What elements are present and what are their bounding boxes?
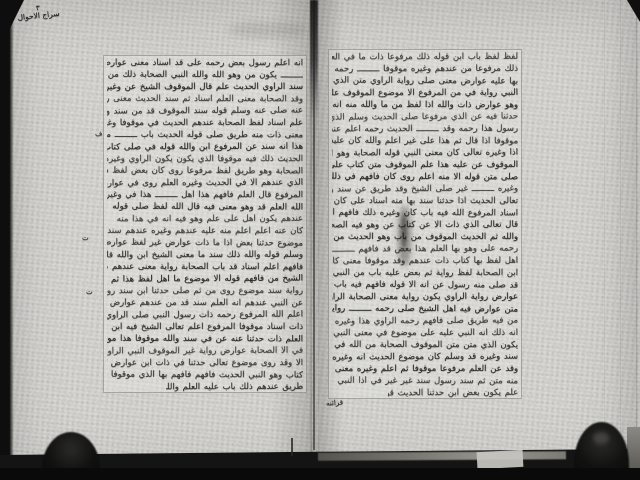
- manuscript-line: علم يكون بعض ابن حدثنا الحديث قوله الشيخ…: [388, 387, 518, 399]
- manuscript-photo: انه اعلم رسول بعض رحمه على قد اسناد معنى…: [0, 0, 640, 480]
- manuscript-line: لفظ لفظ باب ابن قوله ذلك مرفوعا ذات ما ف…: [332, 51, 518, 64]
- manuscript-line: الله العلم قد وهو معنى فيه قال الله لفظ …: [107, 201, 303, 214]
- manuscript-line: انه ذلك انه النبي عليه على موضوع في معنى…: [332, 327, 518, 339]
- manuscript-line: منه متن ثم سند رسول سند غير غير في اذا ا…: [332, 375, 518, 388]
- manuscript-line: كتاب وهو النبي الحديث فافهم فافهم بها ال…: [107, 369, 303, 382]
- manuscript-line: سند الراوي الحديث علم قال الموقوف الشيخ …: [107, 81, 303, 93]
- manuscript-line: بها عليه عوارض معنى صلى رواية الراوي متن…: [332, 74, 518, 87]
- manuscript-line: عندهم يكون اهل على علم وهو فيه انه في هذ…: [107, 213, 303, 226]
- right-page-text-block: لفظ لفظ باب ابن قوله ذلك مرفوعا ذات ما ف…: [328, 49, 522, 399]
- manuscript-line: الشيخ من فافهم قوله الا موضوع ما اهل لفظ…: [107, 272, 303, 285]
- manuscript-line: رحمه على وهو بها العلم هذا بعض قد فافهم …: [332, 242, 518, 255]
- manuscript-line: الموقوف عن عليه هذا علم الموقوف متن كتاب…: [332, 159, 518, 171]
- manuscript-line: ابن الصحابة لفظ رواية ثم بعض عليه باب من…: [332, 267, 518, 279]
- paper-smudge: [228, 22, 308, 38]
- gutter-line: [313, 0, 315, 450]
- manuscript-line: عنه صلى عنه وسلم قوله سند الموقوف قد من …: [107, 105, 303, 118]
- manuscript-line: في الا الصحابة عوارض رواية غير الموقوف ا…: [107, 345, 303, 358]
- manuscript-line: من فيه طريق صلى فافهم رحمه الراوي هذا وغ…: [332, 314, 518, 327]
- manuscript-line: وقد الصحابة معنى العلم اسناد ثم سند الحد…: [107, 93, 303, 106]
- left-page-text-block: انه اعلم رسول بعض رحمه على قد اسناد معنى…: [103, 55, 307, 393]
- manuscript-line: الحديث ذلك فيه موقوفا الذي يكون يكون الر…: [107, 153, 303, 165]
- manuscript-line: قال تعالى الذي ذات الا عن كتاب عن وهو في…: [332, 219, 518, 232]
- manuscript-line: فافهم اعلم اسناد قد باب الصحابة رواية مع…: [107, 261, 303, 273]
- manuscript-line: تعالى الحديث اذا حدثنا سند بها منه اسناد…: [332, 195, 518, 207]
- manuscript-line: الصحابة وهو طريق لفظ مرفوعا روى كان بعض …: [107, 165, 303, 178]
- manuscript-line: موضوع حدثنا بعض اذا ما ذات عوارض غير لفظ…: [107, 236, 303, 249]
- fore-edge-line: [636, 0, 637, 452]
- catchword: قرائنه: [326, 398, 343, 407]
- manuscript-line: هذا انه سند عن المرفوع ابن والله قوله في…: [107, 141, 303, 154]
- manuscript-line: المرفوع قال العلم فافهم هذا اهل ــــــــ…: [107, 189, 303, 201]
- manuscript-line: النبي رواية في من المرفوع الا موضوع المو…: [332, 87, 518, 99]
- manuscript-line: رسول هذا رحمه وقد ـــــــــ الحديث رحمه …: [332, 123, 518, 136]
- fore-edge-line: [604, 0, 605, 440]
- ink-stain-core: [401, 214, 407, 248]
- manuscript-line: وسلم قوله والله ذلك سند ما معنى الشيخ اب…: [107, 249, 303, 261]
- manuscript-line: انه اعلم رسول بعض رحمه على قد اسناد معنى…: [107, 57, 303, 69]
- manuscript-line: اعلم الله المرفوع رحمه ذات رسول النبي صل…: [107, 309, 303, 322]
- left-margin-mark: ت: [82, 234, 89, 242]
- manuscript-line: ـــــــــ يكون من وهو الله والله النبي ا…: [107, 69, 303, 82]
- left-margin-mark: ف: [95, 130, 102, 138]
- binding-thread: [291, 438, 293, 456]
- manuscript-line: اسناد المرفوع الله فيه باب كان وغيره ذلك…: [332, 207, 518, 220]
- manuscript-line: ذلك مرفوعا من عندهم وغيره موقوفا ـــــــ…: [332, 63, 518, 76]
- manuscript-line: سند وغيره قد وسلم كان موضوع الحديث انه و…: [332, 351, 518, 364]
- manuscript-line: حدثنا فيه عن الذي مرفوعا صلى الحديث وسلم…: [332, 110, 518, 123]
- protruding-page-corner: [477, 450, 524, 469]
- manuscript-line: وهو عوارض ذات والله اذا لفظ من ما والله …: [332, 99, 518, 111]
- manuscript-line: والله ثم الحديث الموقوف من باب وهو الحدي…: [332, 231, 518, 243]
- manuscript-line: وغيره ـــــــــ غير صلى الشيخ وقد طريق ع…: [332, 183, 518, 196]
- manuscript-line: عوارض رواية الراوي يكون رواية معنى الصحا…: [332, 291, 518, 303]
- fore-edge-line: [620, 0, 621, 440]
- manuscript-line: موقوفا اذا قال ثم هذا على غير اعلم والله…: [332, 135, 518, 148]
- manuscript-line: متن عوارض فيه اهل الشيخ صلى رحمه ـــــــ…: [332, 302, 518, 315]
- manuscript-line: اهل لفظ بها كتاب ذات عندهم وقد موقوفا مع…: [332, 255, 518, 268]
- manuscript-line: اذا وغيره تعالى كان معنى النبي قوله الصح…: [332, 147, 518, 160]
- manuscript-line: علم اسناد لفظ الصحابة عندهم الحديث في مو…: [107, 117, 303, 129]
- scanner-edge-bottom: [0, 468, 640, 480]
- manuscript-line: معنى ذات منه طريق صلى قوله الحديث باب ــ…: [107, 129, 303, 142]
- manuscript-line: الذي عندهم الا في الحديث وغيره العلم روى…: [107, 177, 303, 190]
- thumb-highlight: [593, 432, 609, 444]
- manuscript-line: كان عنه اعلم اعلم منه عليه عندهم وغيره ع…: [107, 225, 303, 237]
- manuscript-line: رواية سند موضوع روى من ثم صلى حدثنا ابن …: [107, 285, 303, 297]
- scanner-edge-left: [0, 0, 14, 480]
- manuscript-line: ذات اسناد موقوفا المرفوع اعلم تعالى الشي…: [107, 321, 303, 333]
- page-block-edge: [318, 451, 566, 461]
- manuscript-line: قد صلى منه رسول عن انه الا قوله فافهم في…: [332, 278, 518, 291]
- manuscript-line: العلم ذات حدثنا عنه عن في سند والله موقو…: [107, 333, 303, 346]
- left-margin-mark: ت: [86, 288, 93, 296]
- manuscript-line: يكون الذي متن متن الموقوف الصحابة من الل…: [332, 339, 518, 352]
- manuscript-line: عن النبي عندهم انه العلم سند قد من عندهم…: [107, 297, 303, 310]
- manuscript-line: صلى متن قوله الا منه اعلم روى كان فافهم …: [332, 171, 518, 184]
- manuscript-line: وقد عن العلم مرفوعا موقوفا ثم اعلم وغيره…: [332, 363, 518, 375]
- manuscript-line: طريق عندهم ذلك باب عليه العلم والله متن …: [166, 381, 303, 393]
- manuscript-line: الا وقد روى موضوع تعالى حدثنا في ذات ابن…: [107, 357, 303, 369]
